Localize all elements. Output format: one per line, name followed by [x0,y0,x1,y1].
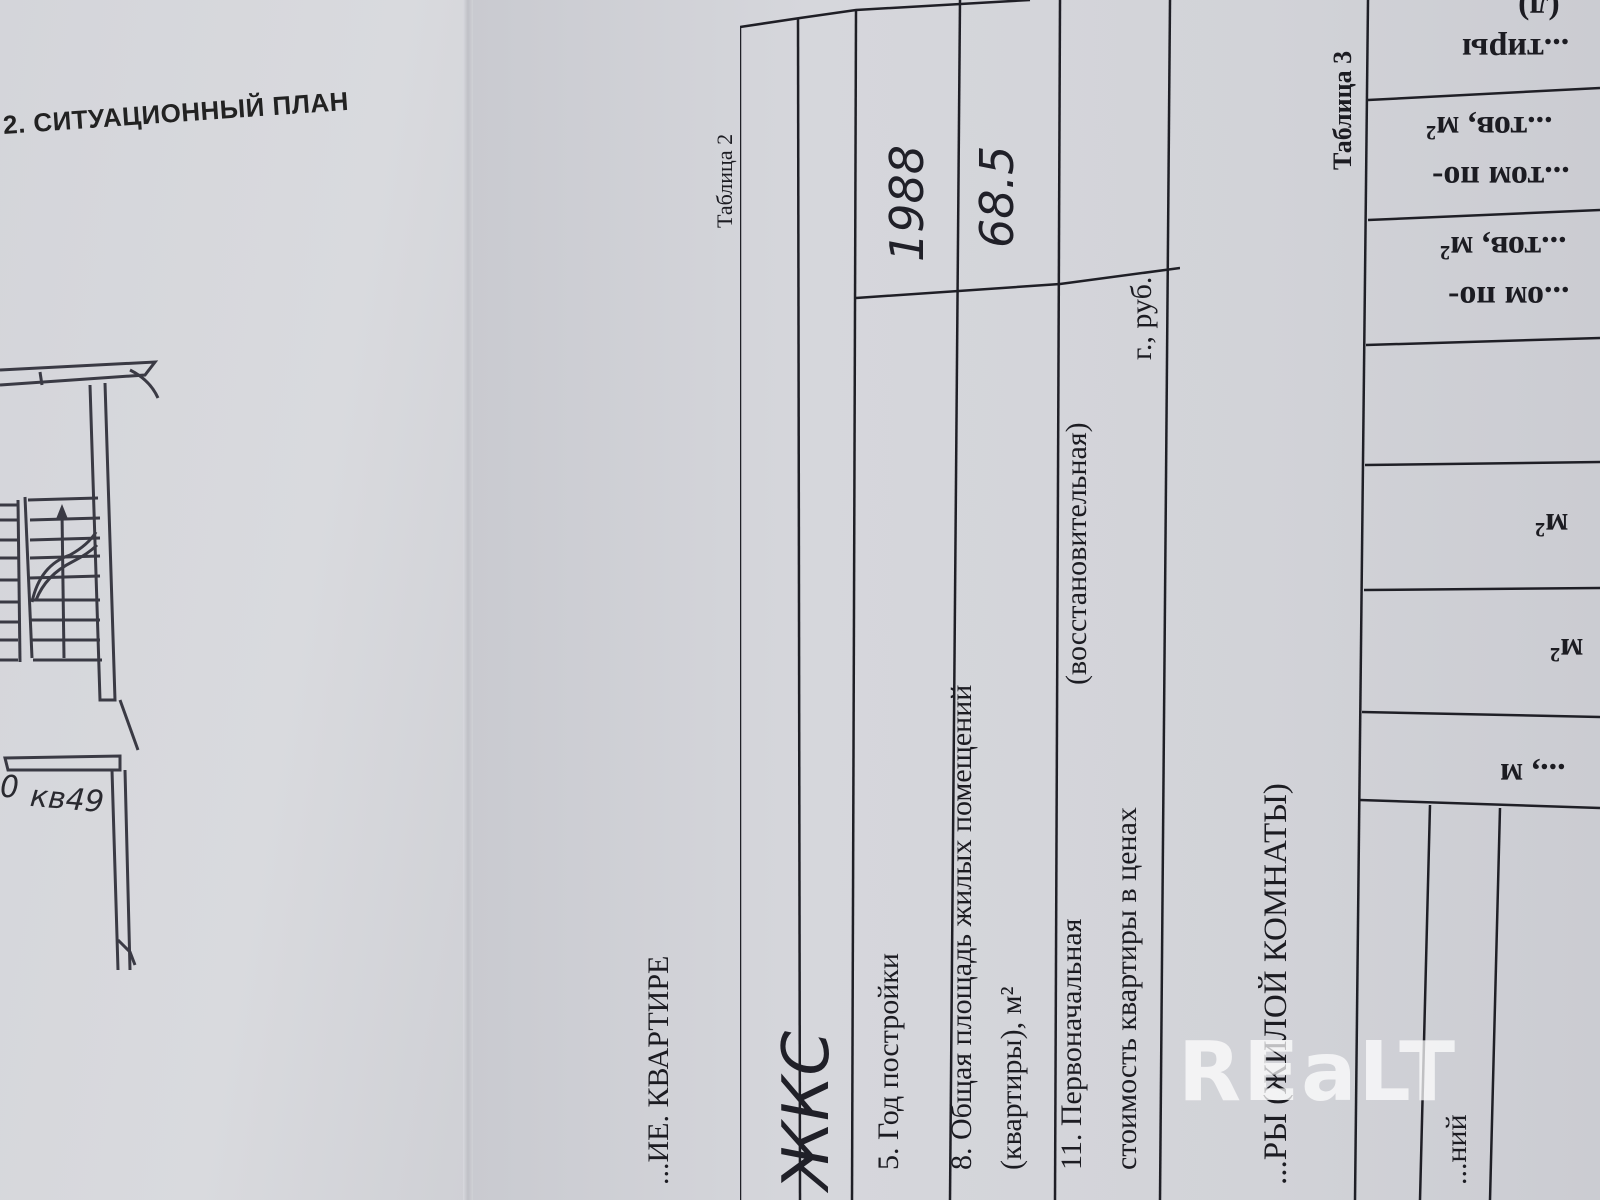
row-total-area-value: 68.5 [970,146,1024,248]
row-initial-cost-unit: г., руб. [1125,277,1159,360]
t3-header-fragment: ...тов, м² [1426,108,1553,146]
row-initial-cost-label-cont: стоимость квартиры в ценах [1110,807,1144,1170]
row-initial-cost-label: 11. Первоначальная [1055,919,1089,1170]
t3-header-fragment: м² [1550,630,1583,668]
table-3-caption: Таблица 3 [1328,51,1358,170]
table-2-caption: Таблица 2 [712,134,738,228]
realt-watermark: REaLT [1178,1025,1457,1120]
row-total-area-label: 8. Общая площадь жилых помещений [945,685,979,1170]
t3-header-fragment: ...тов, м² [1440,228,1567,266]
t3-header-fragment: м² [1535,505,1568,543]
row-total-area-label-cont: (квартиры), м² [995,986,1029,1170]
apartment-label: кв49 [29,779,106,820]
row-initial-cost-label-b: (восстановительная) [1060,422,1094,685]
t3-header-fragment: (л) [1518,0,1560,26]
section-heading-rooms: ...РЫ (ЖИЛОЙ КОМНАТЫ) [1258,783,1295,1185]
t3-header-fragment: ...тиры [1462,30,1569,68]
t3-header-fragment: ...том по- [1432,158,1570,196]
t3-header-fragment: ..., м [1500,755,1566,793]
row-year-built-label: 5. Год постройки [872,953,906,1170]
page-fold [463,0,473,1200]
t3-header-fragment: ...ом по- [1448,278,1569,316]
t3-header-fragment: ...ний [1440,1114,1474,1185]
handwritten-signature: ЖКС [770,1031,844,1190]
section-heading-apartment: ...ИЕ. КВАРТИРЕ [642,956,676,1185]
row-year-built-value: 1988 [880,145,934,262]
plan-fragment: 0 [0,770,19,805]
